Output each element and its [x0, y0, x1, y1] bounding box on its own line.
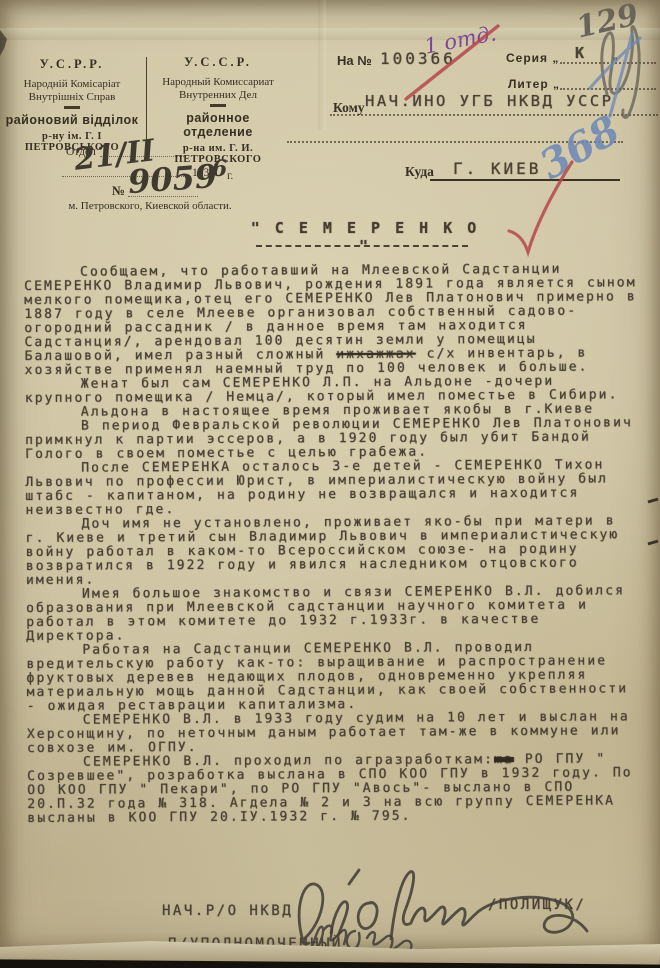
no-label: № — [112, 183, 125, 199]
place-line: м. Петровского, Киевской области. — [50, 200, 250, 212]
body-paragraph: СЕМЕРЕНКО В.Л. проходил по агразработкам… — [27, 752, 643, 826]
handwritten-doc-number: 9059 — [127, 157, 218, 201]
margin-tick-marks — [648, 499, 658, 544]
document-paper: У.С.Р.Р. Народній Комісаріат Внутрішніх … — [0, 0, 660, 950]
no-dotline — [128, 196, 198, 197]
komu-value: НАЧ.ИНО УГБ НКВД УССР — [365, 92, 613, 110]
liter-label: Литер „ — [508, 77, 560, 91]
kuda-underline — [430, 179, 620, 181]
body-paragraph: Сообщаем, что работавший на Млеевской Са… — [24, 262, 641, 378]
horizontal-crease — [0, 28, 660, 40]
letterhead-right-org1: Народный Комиссариат — [150, 76, 286, 89]
letterhead-right-dash — [210, 104, 226, 107]
letterhead-divider — [146, 57, 147, 141]
body-paragraph: Имея большое знакомство и связи СЕМЕРЕНК… — [26, 584, 642, 644]
na-no-label: На № — [337, 53, 372, 68]
body-paragraph: После СЕМЕРЕНКА осталось 3-е детей - СЕМ… — [25, 458, 641, 518]
vertical-crease — [318, 0, 326, 130]
body-paragraph: Работая на Садстанции СЕМЕРЕНКО В.Л. про… — [26, 640, 642, 714]
seriya-label: Серия „ — [506, 51, 559, 65]
letterhead-left-country: У.С.Р.Р. — [2, 57, 142, 72]
scanned-archive-page: { "document": { "folio_number": "129", "… — [0, 0, 660, 968]
body-paragraph: В период Февральской революции СЕМЕРЕНКО… — [25, 416, 641, 462]
blue-folio-number: 368 — [532, 106, 628, 188]
letterhead-left-org2: Внутрішніх Справ — [2, 91, 142, 104]
letterhead-right: У.С.С.Р. Народный Комиссариат Внутренних… — [150, 55, 286, 165]
liter-dotline — [560, 88, 656, 90]
letterhead-left-dash — [64, 106, 80, 109]
signer1-name: /ПОЛИЩУК/ — [488, 897, 586, 913]
document-body: Сообщаем, что работавший на Млеевской Са… — [24, 262, 643, 826]
signer1-title: НАЧ.Р/О НКВД — [162, 903, 293, 919]
seriya-dotline — [560, 62, 656, 64]
body-paragraph: СЕМЕРЕНКО В.Л. в 1933 году судим на 10 л… — [27, 710, 643, 756]
letterhead-left-org1: Народній Комісаріат — [2, 78, 142, 91]
letterhead-right-org2: Внутренних Дел — [150, 89, 286, 102]
handwritten-otd-note: 1 отд. — [422, 21, 498, 58]
title-underline — [256, 245, 468, 247]
letterhead-left-dept: районовий відділок — [2, 113, 142, 127]
document-title: " С Е М Е Р Е Н К О " — [240, 219, 490, 255]
kuda-label: Куда — [405, 164, 434, 180]
letterhead-right-country: У.С.С.Р. — [150, 55, 286, 70]
blotted-word: жа — [494, 752, 514, 767]
year-suffix: г. — [227, 170, 233, 182]
seriya-close-quote: „ — [612, 48, 618, 62]
letterhead-right-dept: районное отделение — [150, 111, 286, 139]
seriya-value: К — [575, 44, 584, 62]
kuda-value: Г. КИЕВ — [453, 159, 541, 178]
body-paragraph: Доч имя не установлено, проживает яко-бы… — [26, 514, 642, 588]
